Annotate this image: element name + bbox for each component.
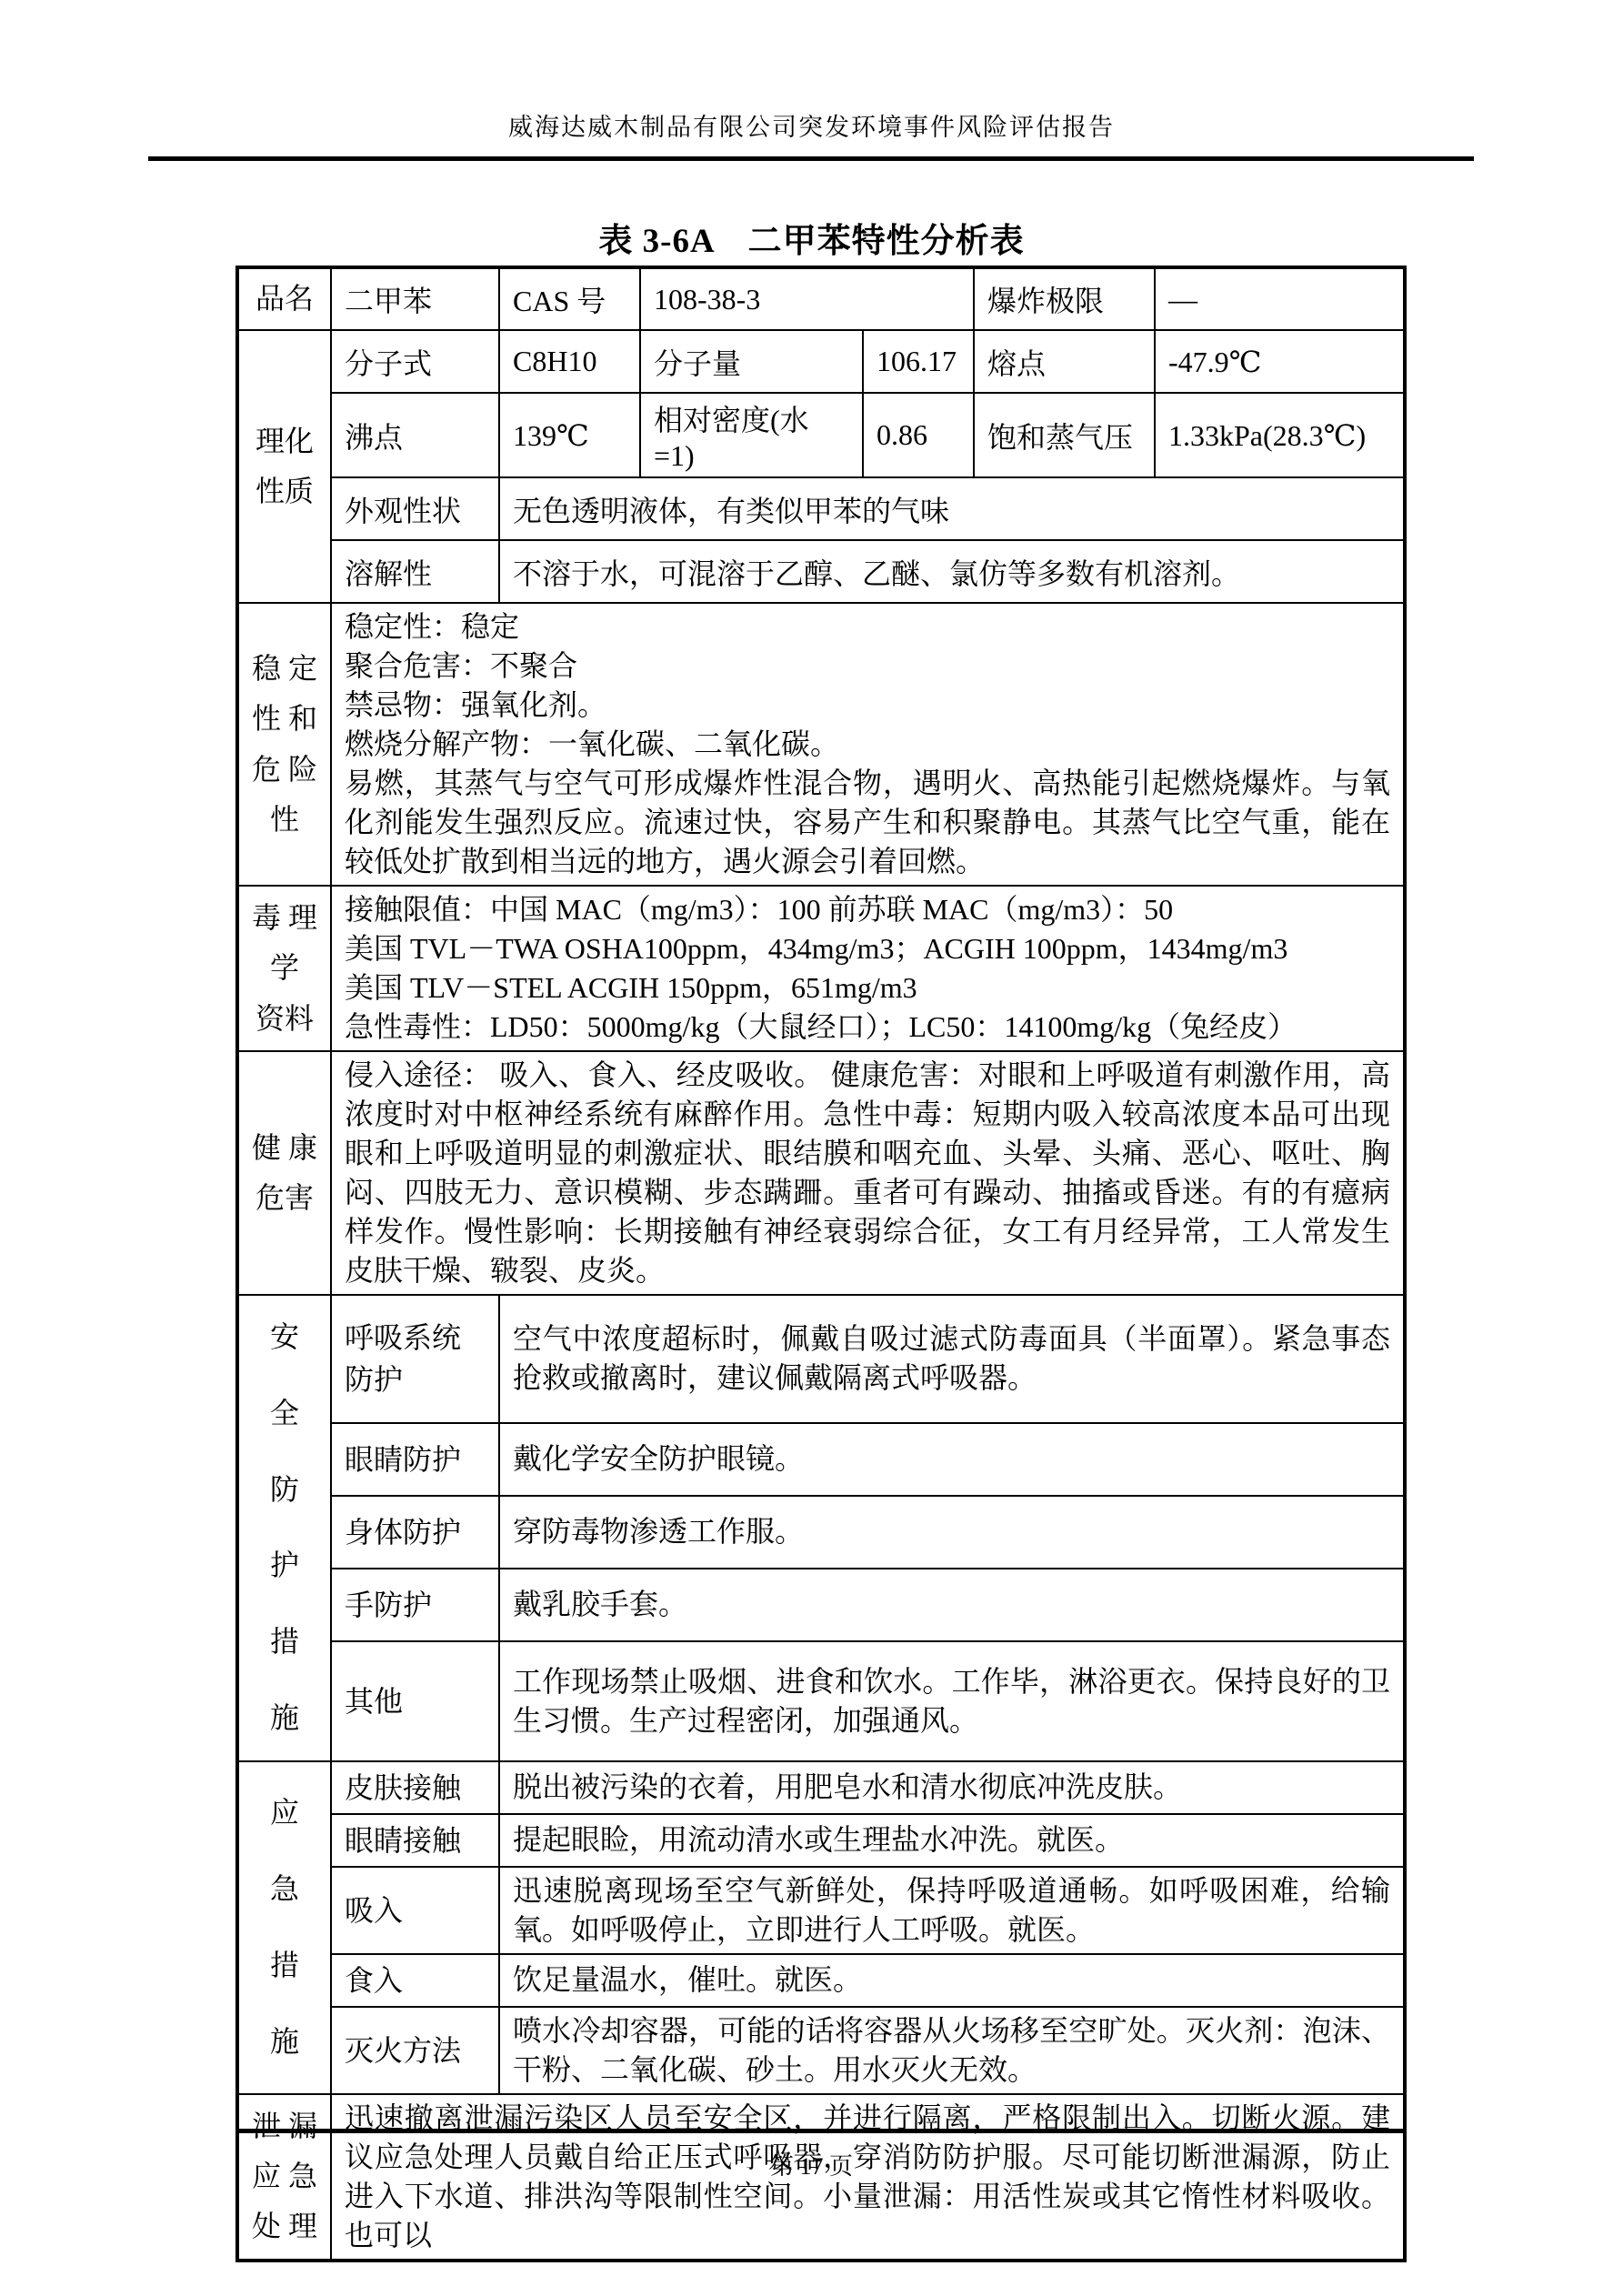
body-protection-content: 穿防毒物渗透工作服。 — [499, 1496, 1405, 1569]
eye-contact-label: 眼睛接触 — [331, 1814, 499, 1867]
boiling-point-value: 139℃ — [499, 393, 640, 477]
footer-rule — [237, 2129, 1405, 2133]
product-name-label: 品名 — [237, 267, 331, 330]
header-rule — [148, 156, 1474, 161]
toxicology-content: 接触限值：中国 MAC（mg/m3）：100 前苏联 MAC（mg/m3）：50… — [331, 886, 1405, 1051]
molecular-formula-value: C8H10 — [499, 330, 640, 393]
inhalation-label: 吸入 — [331, 1867, 499, 1954]
hand-protection-label: 手防护 — [331, 1569, 499, 1641]
eye-protection-content: 戴化学安全防护眼镜。 — [499, 1423, 1405, 1496]
other-protection-content: 工作现场禁止吸烟、进食和饮水。工作毕，淋浴更衣。保持良好的卫生习惯。生产过程密闭… — [499, 1641, 1405, 1761]
table-row: 身体防护 穿防毒物渗透工作服。 — [237, 1496, 1405, 1569]
section-physchem-label: 理化 性质 — [237, 330, 331, 603]
table-row: 眼睛防护 戴化学安全防护眼镜。 — [237, 1423, 1405, 1496]
solubility-value: 不溶于水，可混溶于乙醇、乙醚、氯仿等多数有机溶剂。 — [499, 540, 1405, 603]
fire-fighting-label: 灭火方法 — [331, 2007, 499, 2094]
hand-protection-content: 戴乳胶手套。 — [499, 1569, 1405, 1641]
vapor-pressure-value: 1.33kPa(28.3℃) — [1155, 393, 1405, 477]
vapor-pressure-label: 饱和蒸气压 — [974, 393, 1155, 477]
skin-contact-label: 皮肤接触 — [331, 1761, 499, 1814]
product-name-value: 二甲苯 — [331, 267, 499, 330]
other-protection-label: 其他 — [331, 1641, 499, 1761]
msds-table: 品名 二甲苯 CAS 号 108-38-3 爆炸极限 — 理化 性质 分子式 C… — [235, 266, 1407, 2262]
table-row: 灭火方法 喷水冷却容器，可能的话将容器从火场移至空旷处。灭火剂：泡沫、干粉、二氧… — [237, 2007, 1405, 2094]
cas-value: 108-38-3 — [640, 267, 974, 330]
section-toxicology-label: 毒 理 学 资料 — [237, 886, 331, 1051]
molecular-formula-label: 分子式 — [331, 330, 499, 393]
section-emergency-label: 应 急 措 施 — [237, 1761, 331, 2094]
table-row: 眼睛接触 提起眼睑，用流动清水或生理盐水冲洗。就医。 — [237, 1814, 1405, 1867]
eye-protection-label: 眼睛防护 — [331, 1423, 499, 1496]
table-row: 毒 理 学 资料 接触限值：中国 MAC（mg/m3）：100 前苏联 MAC（… — [237, 886, 1405, 1051]
table-title: 表 3-6A 二甲苯特性分析表 — [0, 213, 1623, 262]
solubility-label: 溶解性 — [331, 540, 499, 603]
table-row: 应 急 措 施 皮肤接触 脱出被污染的衣着，用肥皂水和清水彻底冲洗皮肤。 — [237, 1761, 1405, 1814]
respiratory-protection-label: 呼吸系统防护 — [331, 1295, 499, 1423]
ingestion-content: 饮足量温水，催吐。就医。 — [499, 1954, 1405, 2007]
table-row: 吸入 迅速脱离现场至空气新鲜处，保持呼吸道通畅。如呼吸困难，给输氧。如呼吸停止，… — [237, 1867, 1405, 1954]
section-stability-label: 稳 定 性 和 危 险 性 — [237, 603, 331, 886]
table-row: 食入 饮足量温水，催吐。就医。 — [237, 1954, 1405, 2007]
cas-label: CAS 号 — [499, 267, 640, 330]
table-row: 其他 工作现场禁止吸烟、进食和饮水。工作毕，淋浴更衣。保持良好的卫生习惯。生产过… — [237, 1641, 1405, 1761]
ingestion-label: 食入 — [331, 1954, 499, 2007]
table-row: 沸点 139℃ 相对密度(水=1) 0.86 饱和蒸气压 1.33kPa(28.… — [237, 393, 1405, 477]
inhalation-content: 迅速脱离现场至空气新鲜处，保持呼吸道通畅。如呼吸困难，给输氧。如呼吸停止，立即进… — [499, 1867, 1405, 1954]
table-row: 品名 二甲苯 CAS 号 108-38-3 爆炸极限 — — [237, 267, 1405, 330]
stability-content: 稳定性：稳定 聚合危害：不聚合 禁忌物：强氧化剂。 燃烧分解产物：一氧化碳、二氧… — [331, 603, 1405, 886]
skin-contact-content: 脱出被污染的衣着，用肥皂水和清水彻底冲洗皮肤。 — [499, 1761, 1405, 1814]
explosive-limit-label: 爆炸极限 — [974, 267, 1155, 330]
table-row: 安 全 防 护 措 施 呼吸系统防护 空气中浓度超标时，佩戴自吸过滤式防毒面具（… — [237, 1295, 1405, 1423]
respiratory-protection-content: 空气中浓度超标时，佩戴自吸过滤式防毒面具（半面罩）。紧急事态抢救或撤离时，建议佩… — [499, 1295, 1405, 1423]
report-header: 威海达威木制品有限公司突发环境事件风险评估报告 — [0, 107, 1623, 143]
relative-density-value: 0.86 — [863, 393, 974, 477]
explosive-limit-value: — — [1155, 267, 1405, 330]
eye-contact-content: 提起眼睑，用流动清水或生理盐水冲洗。就医。 — [499, 1814, 1405, 1867]
appearance-value: 无色透明液体，有类似甲苯的气味 — [499, 477, 1405, 540]
table-row: 外观性状 无色透明液体，有类似甲苯的气味 — [237, 477, 1405, 540]
table-row: 理化 性质 分子式 C8H10 分子量 106.17 熔点 -47.9℃ — [237, 330, 1405, 393]
document-page: 威海达威木制品有限公司突发环境事件风险评估报告 表 3-6A 二甲苯特性分析表 … — [0, 0, 1623, 2296]
molecular-weight-label: 分子量 — [640, 330, 863, 393]
table-row: 手防护 戴乳胶手套。 — [237, 1569, 1405, 1641]
appearance-label: 外观性状 — [331, 477, 499, 540]
body-protection-label: 身体防护 — [331, 1496, 499, 1569]
melting-point-label: 熔点 — [974, 330, 1155, 393]
section-protection-label: 安 全 防 护 措 施 — [237, 1295, 331, 1761]
page-number: 第 17 页 — [0, 2148, 1623, 2181]
table-row: 健 康 危害 侵入途径： 吸入、食入、经皮吸收。 健康危害：对眼和上呼吸道有刺激… — [237, 1051, 1405, 1295]
health-content: 侵入途径： 吸入、食入、经皮吸收。 健康危害：对眼和上呼吸道有刺激作用，高浓度时… — [331, 1051, 1405, 1295]
relative-density-label: 相对密度(水=1) — [640, 393, 863, 477]
boiling-point-label: 沸点 — [331, 393, 499, 477]
fire-fighting-content: 喷水冷却容器，可能的话将容器从火场移至空旷处。灭火剂：泡沫、干粉、二氧化碳、砂土… — [499, 2007, 1405, 2094]
table-row: 稳 定 性 和 危 险 性 稳定性：稳定 聚合危害：不聚合 禁忌物：强氧化剂。 … — [237, 603, 1405, 886]
molecular-weight-value: 106.17 — [863, 330, 974, 393]
table-row: 溶解性 不溶于水，可混溶于乙醇、乙醚、氯仿等多数有机溶剂。 — [237, 540, 1405, 603]
section-health-label: 健 康 危害 — [237, 1051, 331, 1295]
melting-point-value: -47.9℃ — [1155, 330, 1405, 393]
